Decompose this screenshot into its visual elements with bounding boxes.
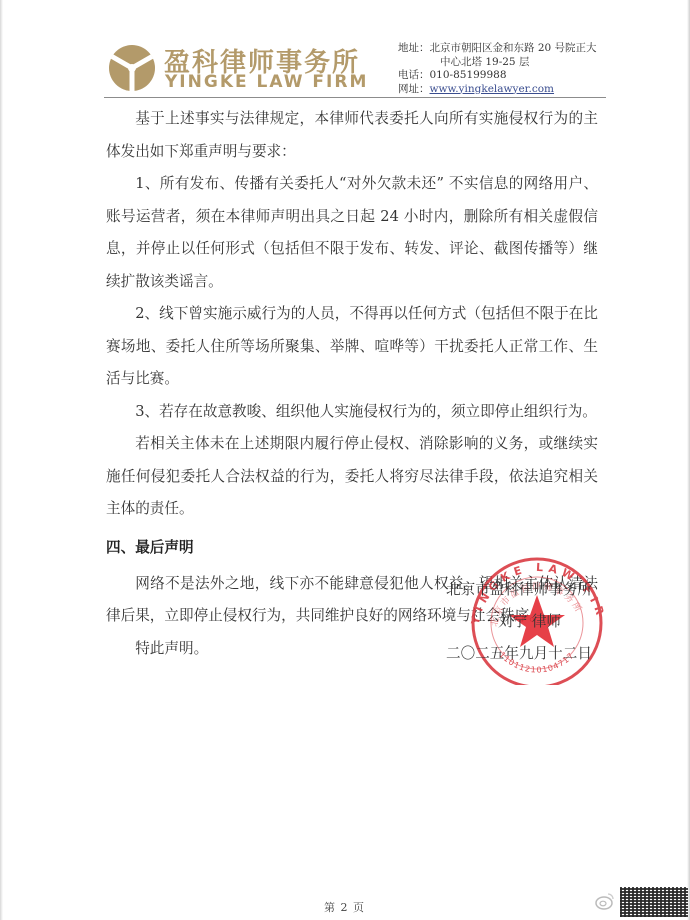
website-label: 网址： xyxy=(398,83,430,95)
signature-lawyer: 刘宁 律师 xyxy=(446,606,616,638)
page-edge-shadow xyxy=(0,0,3,920)
weibo-watermark xyxy=(595,885,690,920)
phone: 电话：010-85199988 xyxy=(398,69,597,83)
intro-paragraph: 基于上述事实与法律规定，本律师代表委托人向所有实施侵权行为的主体发出如下郑重声明… xyxy=(106,103,598,168)
firm-logo-icon xyxy=(108,44,156,92)
weibo-icon xyxy=(595,891,615,911)
website-row: 网址：www.yingkelawyer.com xyxy=(398,83,597,97)
demand-item-3: 3、若存在故意教唆、组织他人实施侵权行为的，须立即停止组织行为。 xyxy=(106,396,598,429)
header-divider xyxy=(104,97,606,98)
obscured-username xyxy=(620,887,688,917)
website-link[interactable]: www.yingkelawyer.com xyxy=(430,83,555,95)
consequence-paragraph: 若相关主体未在上述期限内履行停止侵权、消除影响的义务，或继续实施任何侵犯委托人合… xyxy=(106,428,598,526)
page-number: 第 2 页 xyxy=(324,899,365,915)
firm-name-en: YINGKE LAW FIRM xyxy=(165,72,368,92)
signature-firm: 北京市盈科律师事务所 xyxy=(446,574,616,606)
demand-item-2: 2、线下曾实施示威行为的人员，不得再以任何方式（包括但不限于在比赛场地、委托人住… xyxy=(106,298,598,396)
signature-block: 北京市盈科律师事务所 刘宁 律师 二〇二五年九月十二日 xyxy=(446,574,616,670)
letterhead: 盈科律师事务所 YINGKE LAW FIRM 地址：北京市朝阳区金和东路 20… xyxy=(108,38,626,100)
demand-item-1: 1、所有发布、传播有关委托人“对外欠款未还” 不实信息的网络用户、账号运营者，须… xyxy=(106,168,598,298)
address-line-1: 地址：北京市朝阳区金和东路 20 号院正大 xyxy=(398,42,597,56)
signature-date: 二〇二五年九月十二日 xyxy=(446,638,616,670)
contact-info: 地址：北京市朝阳区金和东路 20 号院正大 中心北塔 19-25 层 电话：01… xyxy=(398,42,597,96)
address-line-2: 中心北塔 19-25 层 xyxy=(398,56,597,70)
